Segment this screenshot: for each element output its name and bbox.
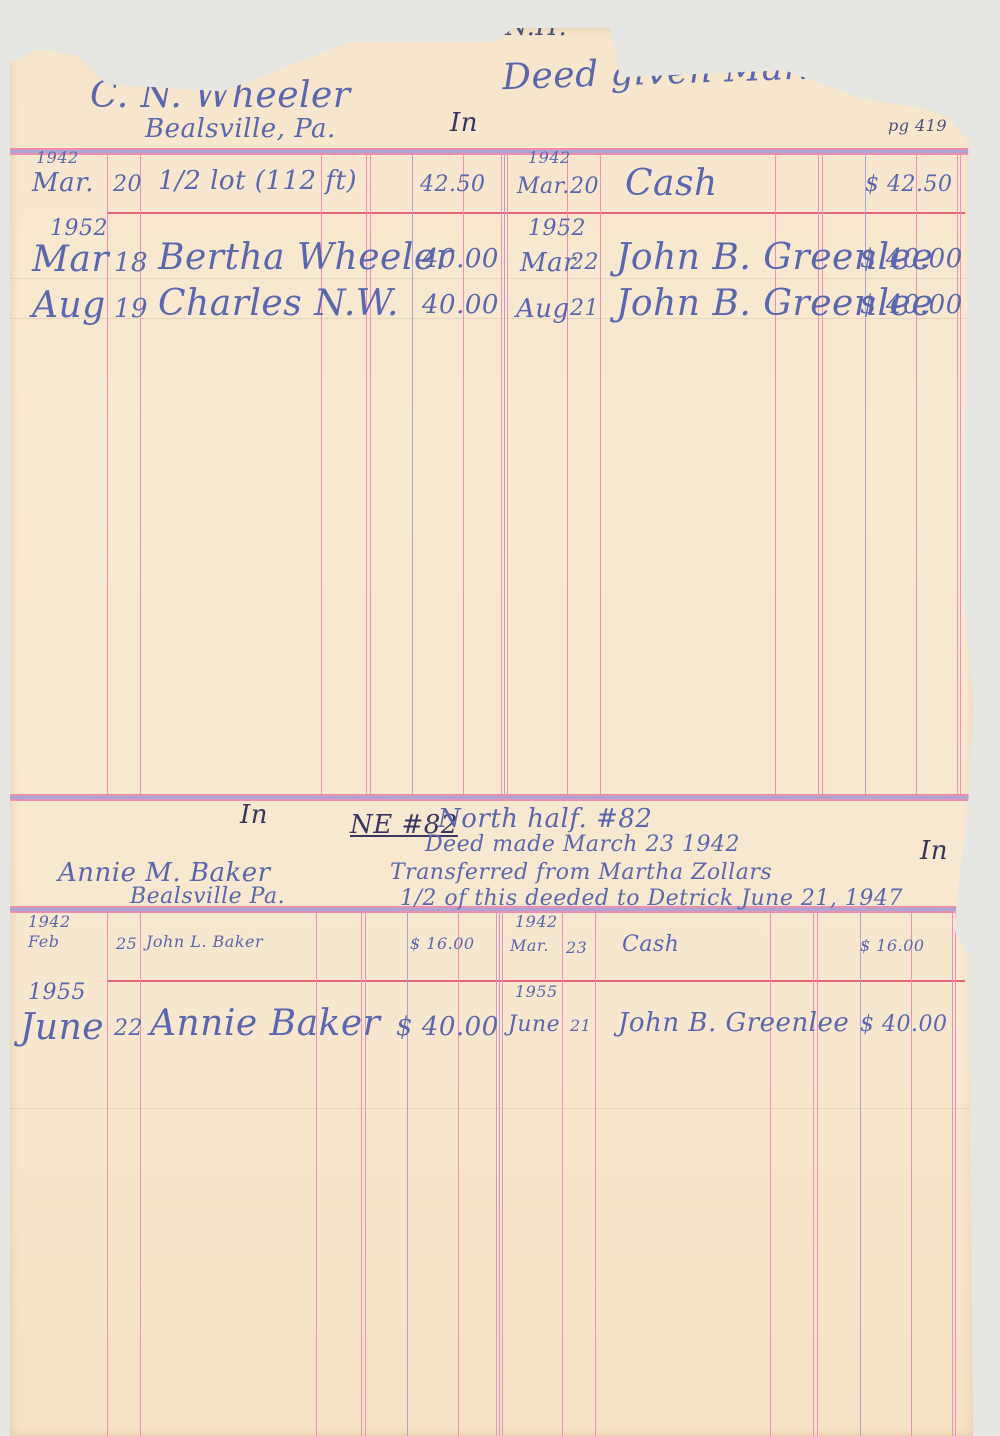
index-mark-right: In — [920, 838, 948, 864]
entry-amount: $ 40.00 — [860, 292, 963, 318]
entry-amount: $ 42.50 — [865, 174, 952, 196]
entry-description: Cash — [622, 934, 679, 956]
lot-description: North half. #82 — [438, 806, 652, 832]
entry-day: 23 — [566, 940, 587, 956]
account-name: C. N. Wheeler — [90, 78, 351, 114]
entry-year: 1952 — [50, 218, 108, 240]
entry-description: 1/2 lot (112 ft) — [158, 168, 357, 194]
entry-amount: 40.00 — [422, 292, 499, 318]
entry-description: Bertha Wheeler — [158, 240, 453, 276]
entry-description: Charles N.W. — [158, 286, 399, 322]
entry-description: Cash — [625, 166, 718, 202]
entry-day: 18 — [114, 250, 148, 276]
transfer-note-2: 1/2 of this deeded to Detrick June 21, 1… — [400, 888, 903, 910]
entry-month: Mar — [32, 242, 109, 278]
entry-month: Aug — [516, 296, 570, 322]
entry-amount: 40.00 — [422, 246, 499, 272]
entry-amount: $ 40.00 — [396, 1014, 499, 1040]
entry-day: 20 — [113, 174, 142, 196]
deed-made-note: Deed made March 23 1942 — [425, 834, 740, 856]
entry-day: 20 — [570, 176, 599, 198]
entry-month: Mar. — [517, 176, 570, 198]
entry-day: 22 — [570, 252, 599, 274]
entry-year: 1955 — [28, 982, 86, 1004]
entry-day: 25 — [116, 936, 137, 952]
column-rulings-2 — [10, 913, 978, 1436]
entry-day: 19 — [114, 296, 148, 322]
entry-description: Annie Baker — [150, 1006, 380, 1042]
entry-amount: 42.50 — [420, 174, 485, 196]
entry-amount: $ 40.00 — [860, 1014, 947, 1036]
entry-month: Mar. — [32, 170, 94, 196]
entry-description: John B. Greenlee — [618, 1010, 849, 1036]
transfer-note: Transferred from Martha Zollars — [390, 862, 772, 884]
page-reference: pg 419 — [888, 118, 947, 134]
entry-year: 1942 — [515, 914, 558, 930]
entry-year: 1952 — [528, 218, 586, 240]
entry-year: 1942 — [528, 150, 571, 166]
entry-month: Aug — [32, 288, 106, 324]
entry-day: 21 — [570, 1018, 591, 1034]
entry-year: 1942 — [28, 914, 71, 930]
index-mark: In — [450, 110, 478, 136]
top-partial-text: N.H. — [505, 14, 567, 40]
entry-month: Mar. — [510, 938, 549, 954]
entry-amount: $ 16.00 — [860, 938, 925, 954]
entry-month: Feb — [28, 934, 59, 950]
account2-address: Bealsville Pa. — [130, 886, 285, 908]
entry-year: 1942 — [36, 150, 79, 166]
ledger-page: N.H. C. N. Wheeler Bealsville, Pa. In De… — [10, 28, 978, 1436]
entry-day: 21 — [570, 298, 599, 320]
deed-note: Deed given Mar. 20, 1 — [501, 46, 915, 96]
entry-month: June — [20, 1010, 104, 1046]
entry-amount: $ 16.00 — [410, 936, 475, 952]
entry-year: 1955 — [515, 984, 558, 1000]
entry-month: Mar — [520, 250, 576, 276]
index-mark-left: In — [240, 802, 268, 828]
entry-description: John L. Baker — [146, 934, 263, 950]
entry-amount: $ 40.00 — [860, 246, 963, 272]
account2-name: Annie M. Baker — [58, 860, 271, 886]
section-divider-rule — [10, 794, 980, 801]
entry-day: 22 — [114, 1018, 143, 1040]
entry-month: June — [508, 1014, 560, 1036]
account-address: Bealsville, Pa. — [145, 116, 336, 142]
